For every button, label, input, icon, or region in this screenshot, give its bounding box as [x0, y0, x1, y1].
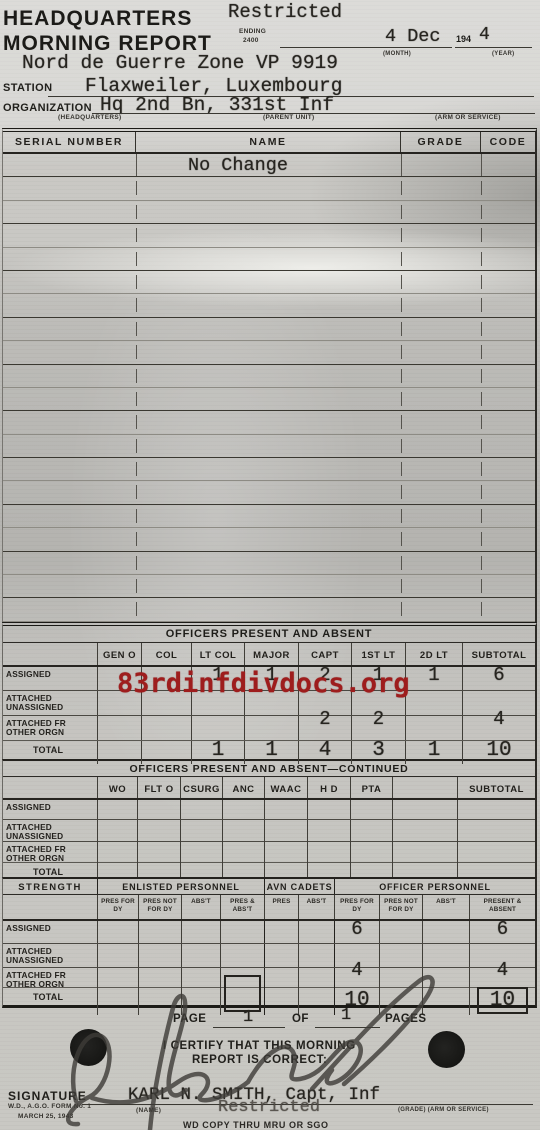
column-divider: [481, 509, 482, 523]
table-row-total: TOTAL: [3, 863, 535, 877]
table-cell: [221, 921, 265, 943]
table-cell: [223, 800, 265, 819]
row-label: TOTAL: [3, 741, 98, 764]
table-cell: [192, 716, 245, 740]
column-divider: [401, 154, 402, 176]
table-cell: [181, 820, 223, 842]
roster-row: [3, 294, 535, 317]
column-divider: [481, 181, 482, 195]
station-label: STATION: [3, 82, 52, 94]
column-divider: [401, 462, 402, 476]
col-code: CODE: [481, 132, 535, 152]
table-cell: 6: [335, 921, 380, 943]
roster-row: [3, 224, 535, 247]
row-label: ATTACHED FR OTHER ORGN: [3, 842, 98, 864]
row-label: ATTACHED UNASSIGNED: [3, 820, 98, 842]
officers-table-header: GEN O COL LT COL MAJOR CAPT 1ST LT 2D LT…: [3, 643, 535, 667]
typed-value: 2: [373, 708, 384, 730]
year-value: 4: [479, 25, 490, 45]
parent-unit-sublabel: (PARENT UNIT): [263, 114, 314, 121]
table-cell: [138, 800, 181, 819]
typed-value: 2: [319, 708, 330, 730]
column-divider: [481, 392, 482, 406]
column-divider: [401, 532, 402, 546]
typed-value: 10: [486, 739, 511, 762]
row-label: TOTAL: [3, 863, 98, 877]
typed-value: 1: [428, 664, 439, 686]
col-hd: H D: [308, 777, 351, 798]
table-cell: [138, 842, 181, 864]
roster-row: [3, 248, 535, 271]
tables-region: SERIAL NUMBER NAME GRADE CODE No Change …: [2, 128, 537, 1008]
officers-continued-table: OFFICERS PRESENT AND ABSENT—CONTINUED WO…: [2, 759, 537, 877]
table-cell: [308, 842, 351, 864]
column-divider: [481, 252, 482, 266]
table-cell: 10: [463, 741, 535, 764]
table-cell: 1: [245, 741, 299, 764]
roster-row: [3, 341, 535, 364]
roster-header: SERIAL NUMBER NAME GRADE CODE: [3, 132, 535, 154]
table-cell: [98, 800, 138, 819]
roster-entry: No Change: [188, 155, 288, 176]
table-cell: [380, 921, 423, 943]
column-divider: [401, 298, 402, 312]
strength-label: STRENGTH: [3, 879, 98, 894]
table-cell: [98, 863, 138, 877]
subcol-e-abst: ABS'T: [182, 895, 221, 919]
typed-value: 3: [372, 739, 385, 762]
col-blank: [393, 777, 458, 798]
table-cell: 3: [352, 741, 406, 764]
col-pta: PTA: [351, 777, 393, 798]
roster-row: [3, 201, 535, 224]
roster-row: [3, 411, 535, 434]
table-cell: [182, 921, 221, 943]
table-cell: [265, 863, 308, 877]
column-divider: [481, 228, 482, 242]
roster-row: [3, 575, 535, 598]
watermark: 83rdinfdivdocs.org: [117, 668, 410, 699]
table-cell: [351, 820, 393, 842]
table-cell: 6: [463, 667, 535, 690]
col-major: MAJOR: [245, 643, 299, 665]
year-sublabel: (YEAR): [492, 51, 514, 57]
column-divider: [136, 369, 137, 383]
year-prefix: 194: [456, 34, 471, 44]
zone-value: Nord de Guerre Zone VP 9919: [22, 52, 338, 74]
table-cell: [139, 921, 182, 943]
col-waac: WAAC: [265, 777, 308, 798]
column-divider: [136, 298, 137, 312]
column-divider: [481, 579, 482, 593]
table-row-attached-unassigned: ATTACHED UNASSIGNED: [3, 820, 535, 842]
table-cell: 1: [406, 741, 463, 764]
col-csurg: CSURG: [181, 777, 223, 798]
column-divider: [481, 556, 482, 570]
date-underline: [280, 47, 452, 48]
col-gen-o: GEN O: [98, 643, 142, 665]
table-cell: [98, 820, 138, 842]
strength-group-header: STRENGTH ENLISTED PERSONNEL AVN CADETS O…: [3, 879, 535, 895]
officers-continued-rows: ASSIGNEDATTACHED UNASSIGNEDATTACHED FR O…: [3, 800, 535, 877]
column-divider: [136, 252, 137, 266]
table-cell: [406, 716, 463, 740]
column-divider: [136, 532, 137, 546]
table-cell: [138, 820, 181, 842]
table-cell: 1: [406, 667, 463, 690]
column-divider: [481, 275, 482, 289]
table-cell: [351, 863, 393, 877]
column-divider: [481, 415, 482, 429]
table-cell: [98, 921, 139, 943]
column-divider: [136, 392, 137, 406]
column-divider: [481, 345, 482, 359]
column-divider: [136, 228, 137, 242]
column-divider: [136, 322, 137, 336]
table-cell: [308, 800, 351, 819]
column-divider: [401, 205, 402, 219]
typed-value: 6: [497, 918, 508, 940]
table-row-assigned: ASSIGNED66: [3, 921, 535, 944]
column-divider: [401, 415, 402, 429]
column-divider: [401, 439, 402, 453]
officers-continued-header: WO FLT O CSURG ANC WAAC H D PTA SUBTOTAL: [3, 777, 535, 800]
subcol-o-pres-not: PRES NOT FOR DY: [380, 895, 423, 919]
table-cell: 2: [352, 716, 406, 740]
roster-row: [3, 177, 535, 200]
table-row-attached-fr-other-orgn: ATTACHED FR OTHER ORGN: [3, 842, 535, 863]
column-divider: [401, 556, 402, 570]
column-divider: [136, 345, 137, 359]
column-divider: [136, 205, 137, 219]
column-divider: [136, 439, 137, 453]
table-cell: [223, 820, 265, 842]
column-divider: [481, 205, 482, 219]
classification-stamp-top: Restricted: [228, 1, 342, 23]
table-cell: [181, 842, 223, 864]
column-divider: [401, 228, 402, 242]
table-cell: [393, 800, 458, 819]
table-cell: [181, 800, 223, 819]
group-enlisted: ENLISTED PERSONNEL: [98, 879, 265, 894]
organization-label: ORGANIZATION: [3, 102, 92, 114]
column-divider: [136, 275, 137, 289]
table-cell: [299, 921, 335, 943]
col-1st-lt: 1ST LT: [352, 643, 406, 665]
table-cell: [142, 741, 192, 764]
roster-row: [3, 365, 535, 388]
table-row-total: TOTAL1143110: [3, 741, 535, 759]
column-divider: [401, 579, 402, 593]
table-cell: 2: [299, 716, 352, 740]
column-divider: [481, 322, 482, 336]
table-cell: [98, 741, 142, 764]
officers-table-title: OFFICERS PRESENT AND ABSENT: [3, 626, 535, 643]
column-divider: [401, 509, 402, 523]
ending-time-label: 2400: [243, 37, 259, 44]
roster-row: [3, 481, 535, 504]
group-officer: OFFICER PERSONNEL: [335, 879, 535, 894]
typed-value: 6: [493, 664, 504, 686]
column-divider: [136, 181, 137, 195]
table-cell: [98, 716, 142, 740]
column-divider: [136, 509, 137, 523]
table-cell: [265, 800, 308, 819]
table-cell: [458, 842, 535, 864]
column-divider: [481, 532, 482, 546]
roster-row: [3, 552, 535, 575]
column-divider: [401, 602, 402, 616]
subcol-o-abst: ABS'T: [423, 895, 470, 919]
typed-value: 4: [493, 708, 504, 730]
subcol-o-pres-for-dy: PRES FOR DY: [335, 895, 380, 919]
column-divider: [136, 602, 137, 616]
column-divider: [401, 485, 402, 499]
ending-date-value: 4 Dec: [385, 26, 441, 47]
column-divider: [401, 322, 402, 336]
typed-value: 4: [319, 739, 332, 762]
col-flt-o: FLT O: [138, 777, 181, 798]
row-label: ATTACHED FR OTHER ORGN: [3, 716, 98, 740]
roster-row: [3, 505, 535, 528]
subcol-e-pres-for-dy: PRES FOR DY: [98, 895, 139, 919]
table-row-attached-fr-other-orgn: ATTACHED FR OTHER ORGN224: [3, 716, 535, 741]
strength-sub-header: PRES FOR DY PRES NOT FOR DY ABS'T PRES &…: [3, 895, 535, 921]
column-divider: [136, 556, 137, 570]
table-cell: [458, 863, 535, 877]
table-cell: [265, 820, 308, 842]
roster-rows: No Change: [3, 154, 535, 622]
roster-row: [3, 435, 535, 458]
roster-row: [3, 598, 535, 621]
roster-row: [3, 271, 535, 294]
table-cell: [393, 820, 458, 842]
subcol-e-pres-not: PRES NOT FOR DY: [139, 895, 182, 919]
table-cell: [308, 863, 351, 877]
roster-row: [3, 528, 535, 551]
table-cell: [423, 921, 470, 943]
row-label: ASSIGNED: [3, 667, 98, 690]
column-divider: [136, 579, 137, 593]
table-cell: [393, 842, 458, 864]
table-cell: [458, 820, 535, 842]
col-grade: GRADE: [401, 132, 481, 152]
table-cell: [351, 842, 393, 864]
column-divider: [401, 392, 402, 406]
roster-table: SERIAL NUMBER NAME GRADE CODE No Change: [2, 128, 537, 622]
table-cell: 6: [470, 921, 535, 943]
table-cell: [351, 800, 393, 819]
row-label: ASSIGNED: [3, 800, 98, 819]
table-cell: [265, 842, 308, 864]
col-lt-col: LT COL: [192, 643, 245, 665]
roster-row: [3, 388, 535, 411]
column-divider: [481, 298, 482, 312]
handwritten-signature: [0, 958, 540, 1130]
subcol-o-pres-absent: PRESENT & ABSENT: [470, 895, 535, 919]
subcol-a-pres: PRES: [265, 895, 299, 919]
col-subtotal2: SUBTOTAL: [458, 777, 535, 798]
typed-value: 1: [212, 739, 225, 762]
column-divider: [481, 369, 482, 383]
subcol-a-abst: ABS'T: [299, 895, 335, 919]
roster-row: [3, 458, 535, 481]
col-capt: CAPT: [299, 643, 352, 665]
morning-report-document: HEADQUARTERS MORNING REPORT Restricted E…: [0, 0, 540, 1130]
row-label: ATTACHED UNASSIGNED: [3, 691, 98, 715]
table-cell: 4: [463, 716, 535, 740]
column-divider: [136, 462, 137, 476]
column-divider: [481, 154, 482, 176]
table-cell: [98, 842, 138, 864]
headquarters-sublabel: (HEADQUARTERS): [58, 114, 121, 121]
col-col: COL: [142, 643, 192, 665]
ending-label: ENDING: [239, 28, 266, 35]
col-2d-lt: 2D LT: [406, 643, 463, 665]
table-cell: [393, 863, 458, 877]
column-divider: [481, 485, 482, 499]
table-row-assigned: ASSIGNED: [3, 800, 535, 820]
column-divider: [136, 154, 137, 176]
column-divider: [401, 369, 402, 383]
roster-row: No Change: [3, 154, 535, 177]
col-subtotal: SUBTOTAL: [463, 643, 535, 665]
table-cell: [406, 691, 463, 715]
col-wo: WO: [98, 777, 138, 798]
table-cell: [142, 716, 192, 740]
table-cell: [138, 863, 181, 877]
month-sublabel: (MONTH): [383, 51, 411, 57]
col-name: NAME: [136, 132, 401, 152]
col-anc: ANC: [223, 777, 265, 798]
column-divider: [136, 485, 137, 499]
typed-value: 1: [265, 739, 278, 762]
col-serial-number: SERIAL NUMBER: [3, 132, 136, 152]
subcol-e-pres-abst: PRES & ABS'T: [221, 895, 265, 919]
column-divider: [401, 345, 402, 359]
table-cell: [308, 820, 351, 842]
column-divider: [481, 602, 482, 616]
column-divider: [136, 415, 137, 429]
table-cell: [223, 863, 265, 877]
typed-value: 6: [351, 918, 362, 940]
table-cell: [245, 716, 299, 740]
table-cell: [181, 863, 223, 877]
table-cell: [458, 800, 535, 819]
year-underline: [455, 47, 532, 48]
group-avn-cadets: AVN CADETS: [265, 879, 335, 894]
table-cell: [265, 921, 299, 943]
typed-value: 1: [428, 739, 441, 762]
row-label: ASSIGNED: [3, 921, 98, 943]
table-cell: 4: [299, 741, 352, 764]
table-cell: [223, 842, 265, 864]
column-divider: [401, 181, 402, 195]
roster-row: [3, 318, 535, 341]
table-cell: 1: [192, 741, 245, 764]
form-title-line1: HEADQUARTERS: [3, 7, 192, 31]
column-divider: [401, 252, 402, 266]
arm-or-service-sublabel: (ARM OR SERVICE): [435, 114, 501, 121]
column-divider: [401, 275, 402, 289]
column-divider: [481, 439, 482, 453]
column-divider: [481, 462, 482, 476]
